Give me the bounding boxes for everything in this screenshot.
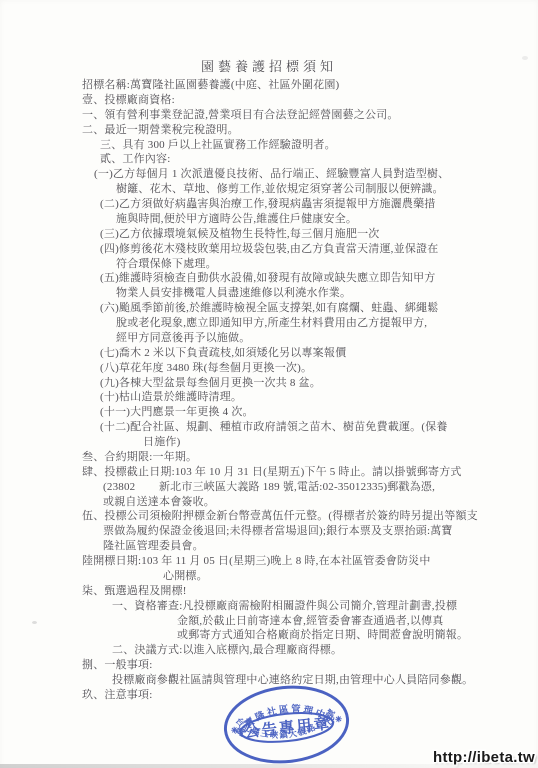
doc-line: (十)枯山造景於維護時清理。 (0, 390, 538, 405)
doc-line-section-3: 叁、合約期限:一年期。 (0, 450, 538, 465)
doc-line-tender-name: 招標名稱:萬寶隆社區園藝養護(中庭、社區外圍花園) (0, 78, 538, 93)
scanned-document-page: 園藝養護招標須知 招標名稱:萬寶隆社區園藝養護(中庭、社區外圍花園) 壹、投標廠… (0, 0, 538, 768)
doc-line: 一、領有營利事業登記證,營業項目有合法登記經營園藝之公司。 (0, 108, 538, 123)
doc-line: 一、資格審查:凡投標廠商需檢附相關證件與公司簡介,管理計劃書,投標 (0, 599, 538, 614)
doc-line-section-7: 柒、甄選過程及開標! (0, 584, 538, 599)
doc-line: (五)維護時須檢查自動供水設備,如發現有故障或缺失應立即告知甲方 (0, 271, 538, 286)
doc-line: (六)颱風季節前後,於維護時檢視全區支撐架,如有腐爛、蛀蟲、綁繩鬆 (0, 301, 538, 316)
doc-line: (七)喬木 2 米以下負責疏枝,如須矮化另以專案報價 (0, 346, 538, 361)
doc-line: 三、具有 300 戶以上社區實務工作經驗證明者。 (0, 138, 538, 153)
scan-speck (522, 56, 528, 60)
official-seal-stamp: 萬寶隆社區管理中心 台北縣三峽鎮大義路189號 公告專用章 (219, 683, 354, 766)
doc-line: 施與時間,便於甲方適時公告,維護住戶健康安全。 (0, 212, 538, 227)
document-body: 園藝養護招標須知 招標名稱:萬寶隆社區園藝養護(中庭、社區外圍花園) 壹、投標廠… (0, 0, 538, 703)
doc-line-section-1: 壹、投標廠商資格: (0, 93, 538, 108)
doc-line: 隆社區管理委員會。 (0, 539, 538, 554)
doc-line: 經甲方同意後再予以施做。 (0, 331, 538, 346)
doc-line: (一)乙方每個月 1 次派遣優良技術、品行端正、經驗豐富人員對造型樹、 (0, 167, 538, 182)
doc-line-section-2: 貳、工作內容: (0, 152, 538, 167)
doc-line: 金額,於截止日前寄達本會,經管委會審查通過者,以傳真 (0, 614, 538, 629)
doc-line: (九)各棟大型盆景每叁個月更換一次共 8 盆。 (0, 376, 538, 391)
doc-line: 二、決議方式:以進入底標內,最合理廠商得標。 (0, 643, 538, 658)
scan-speck (120, 243, 123, 245)
doc-line: 或親自送達本會簽收。 (0, 495, 538, 510)
doc-line: 符合環保條下處理。 (0, 257, 538, 272)
doc-line: (二)乙方須做好病蟲害與治療工作,發現病蟲害須提報甲方施灑農藥措 (0, 197, 538, 212)
doc-line: 物業人員安排機電人員盡速維修以利澆水作業。 (0, 286, 538, 301)
doc-line-section-6: 陸開標日期:103 年 11 月 05 日(星期三)晚上 8 時,在本社區管委會… (0, 554, 538, 569)
doc-line: 心開標。 (0, 569, 538, 584)
doc-line: (十一)大門應景一年更換 4 次。 (0, 405, 538, 420)
scan-bottom-edge (0, 764, 538, 768)
doc-line-section-4: 肆、投標截止日期:103 年 10 月 31 日(星期五)下午 5 時止。請以掛… (0, 465, 538, 480)
doc-line: 樹籬、花木、草地、修剪工作,並依規定須穿著公司制服以便辨識。 (0, 182, 538, 197)
doc-line: 票做為履約保證金後退回;未得標者當場退回);銀行本票及支票抬頭:萬寶 (0, 524, 538, 539)
doc-line: 二、最近一期營業稅完稅證明。 (0, 123, 538, 138)
doc-line: (十二)配合社區、規劃、種植市政府請領之苗木、樹苗免費載運。(保養 (0, 420, 538, 435)
doc-line: 或郵寄方式通知合格廠商於指定日期、時間蒞會說明簡報。 (0, 628, 538, 643)
doc-line: (三)乙方依據環境氣候及植物生長特性,每三個月施肥一次 (0, 227, 538, 242)
doc-line: (八)草花年度 3480 珠(每叁個月更換一次)。 (0, 361, 538, 376)
scan-speck (32, 621, 37, 624)
doc-line-section-5: 伍、投標公司須檢附押標金新台幣壹萬伍仟元整。(得標者於簽約時另提出等額支 (0, 509, 538, 524)
doc-line-mailing-address: (23802 新北市三峽區大義路 189 號,電話:02-35012335)郵戳… (0, 480, 538, 495)
doc-line: (四)修剪後花木殘枝敗葉用垃圾袋包裝,由乙方負責當天清運,並保證在 (0, 242, 538, 257)
doc-line-section-8: 捌、一般事項: (0, 658, 538, 673)
doc-line: 日施作) (0, 435, 538, 450)
doc-line: 脫或老化現象,應立即通知甲方,所產生材料費用由乙方提報甲方, (0, 316, 538, 331)
document-title: 園藝養護招標須知 (0, 59, 538, 74)
